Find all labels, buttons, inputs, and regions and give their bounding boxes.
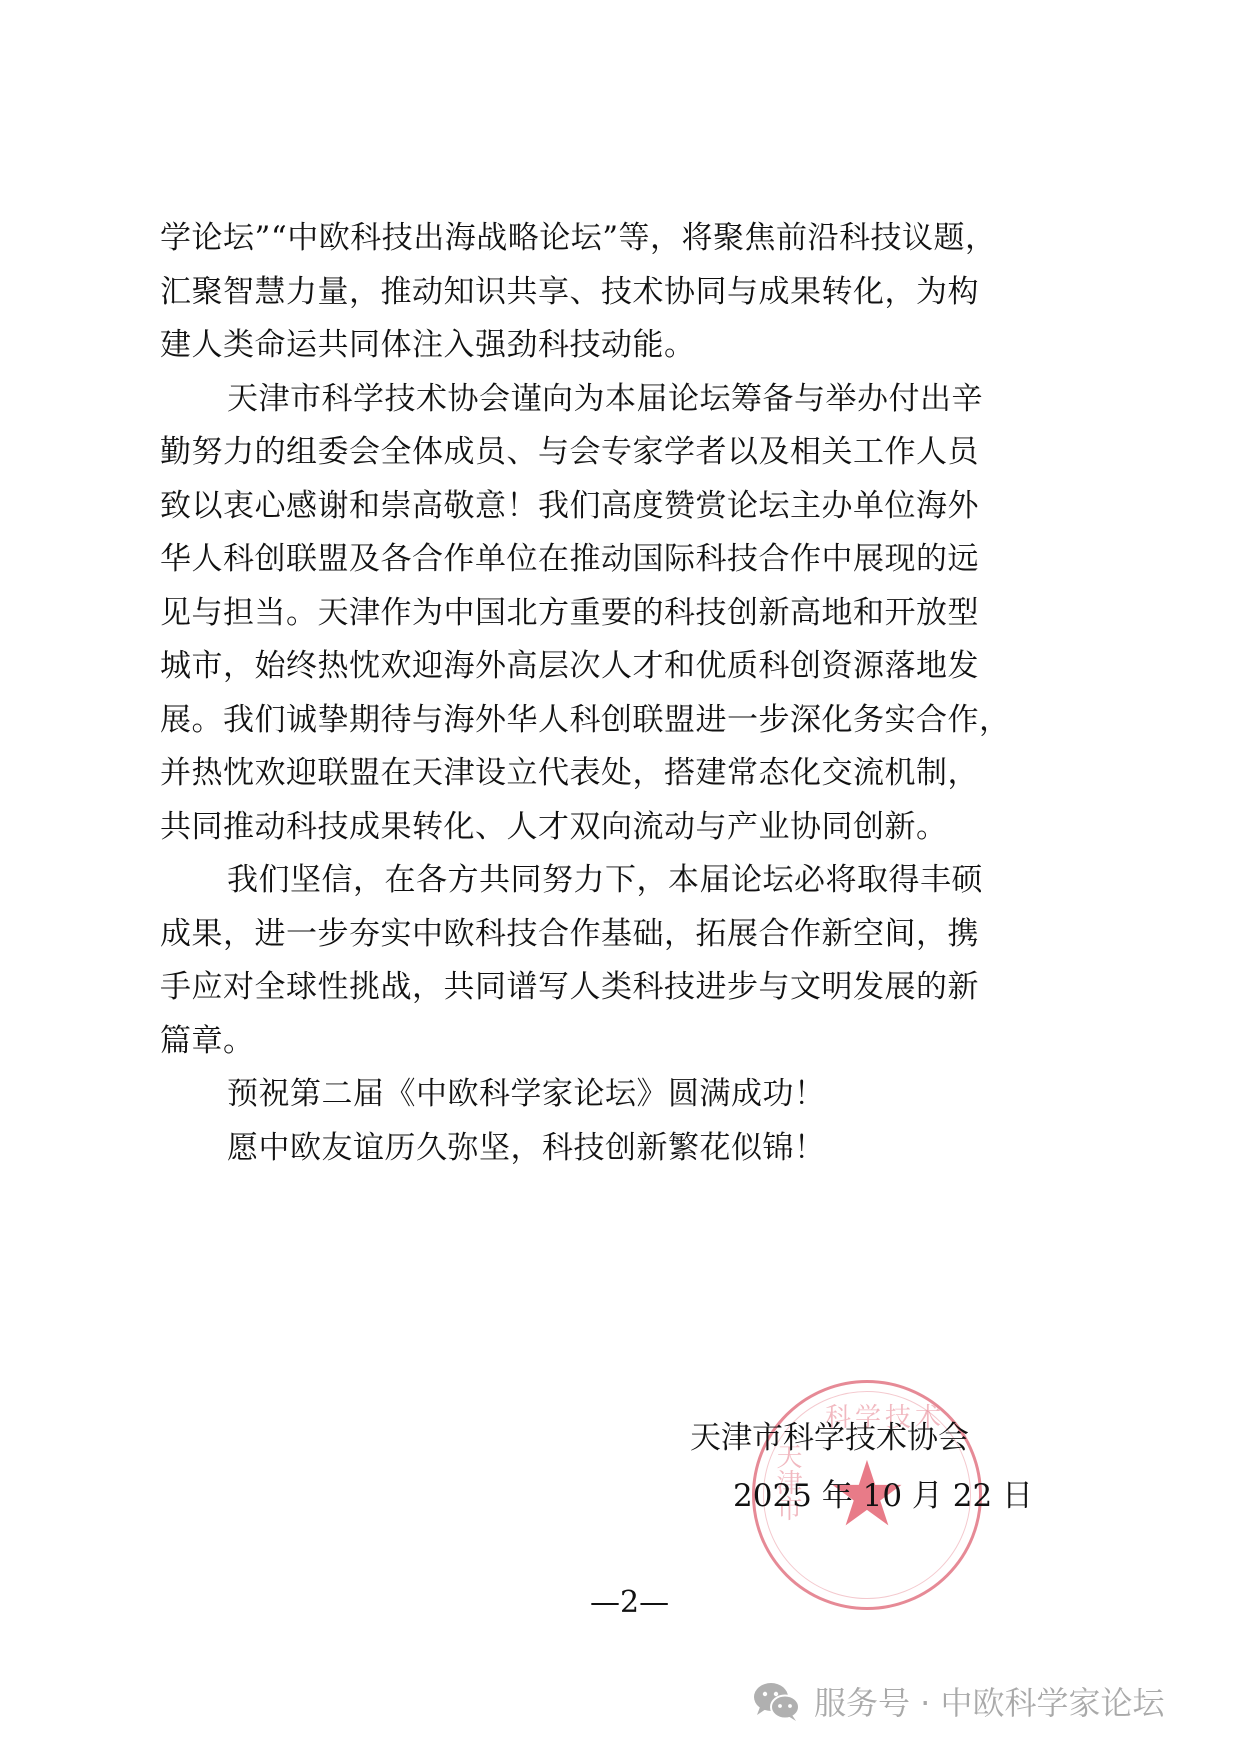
text-line: 并热忱欢迎联盟在天津设立代表处，搭建常态化交流机制， xyxy=(160,747,1095,801)
document-page: 学论坛”“中欧科技出海战略论坛”等，将聚焦前沿科技议题，汇聚智慧力量，推动知识共… xyxy=(0,0,1241,1755)
text-line: 致以衷心感谢和崇高敬意！我们高度赞赏论坛主办单位海外 xyxy=(160,480,1095,534)
paragraph: 我们坚信，在各方共同努力下，本届论坛必将取得丰硕成果，进一步夯实中欧科技合作基础… xyxy=(160,854,1095,1068)
signature-date: 2025 年 10 月 22 日 xyxy=(733,1476,1033,1516)
text-line: 见与担当。天津作为中国北方重要的科技创新高地和开放型 xyxy=(160,587,1095,641)
text-line: 学论坛”“中欧科技出海战略论坛”等，将聚焦前沿科技议题， xyxy=(160,212,1095,266)
text-line: 愿中欧友谊历久弥坚，科技创新繁花似锦！ xyxy=(160,1122,1095,1176)
watermark: 服务号 · 中欧科学家论坛 xyxy=(752,1678,1165,1724)
letter-body: 学论坛”“中欧科技出海战略论坛”等，将聚焦前沿科技议题，汇聚智慧力量，推动知识共… xyxy=(160,212,1095,1175)
text-line: 华人科创联盟及各合作单位在推动国际科技合作中展现的远 xyxy=(160,533,1095,587)
page-number: —2— xyxy=(590,1585,669,1620)
watermark-text: 服务号 · 中欧科学家论坛 xyxy=(814,1678,1165,1724)
wechat-icon xyxy=(752,1681,802,1721)
paragraph: 学论坛”“中欧科技出海战略论坛”等，将聚焦前沿科技议题，汇聚智慧力量，推动知识共… xyxy=(160,212,1095,373)
text-line: 汇聚智慧力量，推动知识共享、技术协同与成果转化，为构 xyxy=(160,266,1095,320)
text-line: 展。我们诚挚期待与海外华人科创联盟进一步深化务实合作， xyxy=(160,694,1095,748)
text-line: 手应对全球性挑战，共同谱写人类科技进步与文明发展的新 xyxy=(160,961,1095,1015)
text-line: 共同推动科技成果转化、人才双向流动与产业协同创新。 xyxy=(160,801,1095,855)
signature-organization: 天津市科学技术协会 xyxy=(690,1418,969,1458)
paragraph: 愿中欧友谊历久弥坚，科技创新繁花似锦！ xyxy=(160,1122,1095,1176)
text-line: 篇章。 xyxy=(160,1015,1095,1069)
text-line: 天津市科学技术协会谨向为本届论坛筹备与举办付出辛 xyxy=(160,373,1095,427)
paragraph: 天津市科学技术协会谨向为本届论坛筹备与举办付出辛勤努力的组委会全体成员、与会专家… xyxy=(160,373,1095,855)
text-line: 我们坚信，在各方共同努力下，本届论坛必将取得丰硕 xyxy=(160,854,1095,908)
paragraph: 预祝第二届《中欧科学家论坛》圆满成功！ xyxy=(160,1068,1095,1122)
text-line: 预祝第二届《中欧科学家论坛》圆满成功！ xyxy=(160,1068,1095,1122)
text-line: 勤努力的组委会全体成员、与会专家学者以及相关工作人员 xyxy=(160,426,1095,480)
text-line: 建人类命运共同体注入强劲科技动能。 xyxy=(160,319,1095,373)
text-line: 城市，始终热忱欢迎海外高层次人才和优质科创资源落地发 xyxy=(160,640,1095,694)
text-line: 成果，进一步夯实中欧科技合作基础，拓展合作新空间，携 xyxy=(160,908,1095,962)
